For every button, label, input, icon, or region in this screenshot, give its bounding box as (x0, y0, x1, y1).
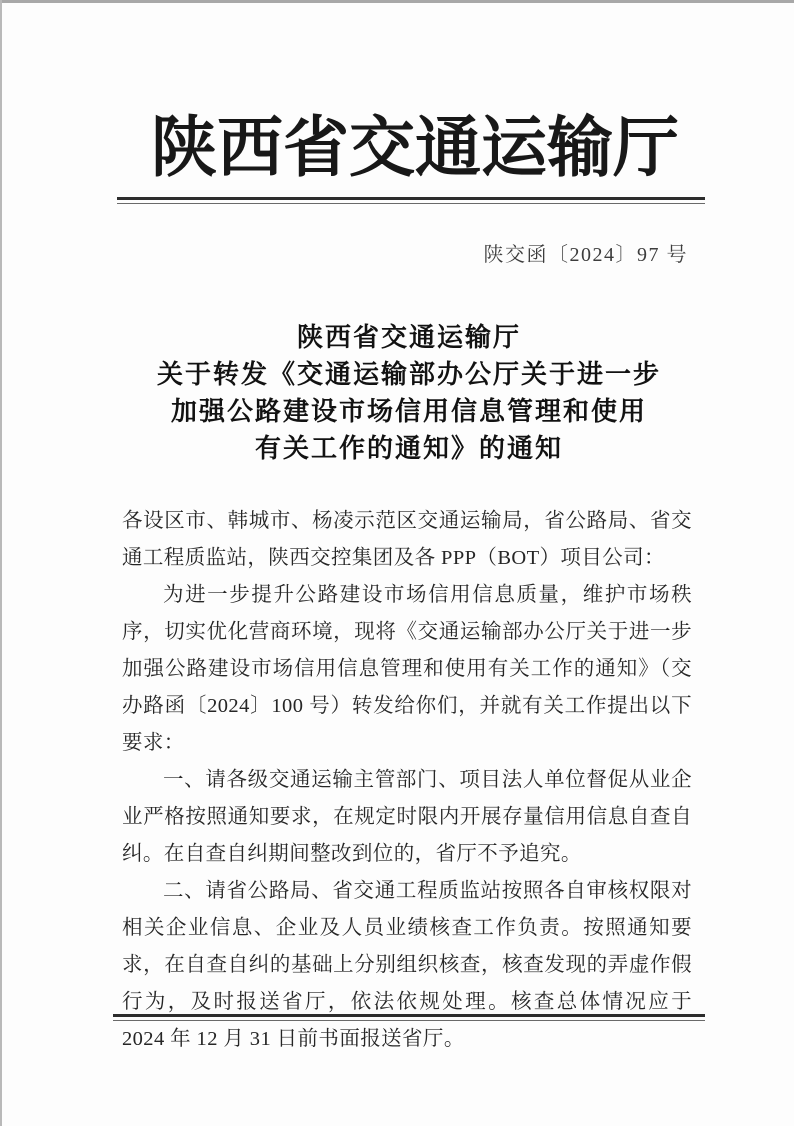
body-paragraph: 二、请省公路局、省交通工程质监站按照各自审核权限对相关企业信息、企业及人员业绩核… (122, 873, 692, 1058)
document-body: 各设区市、韩城市、杨凌示范区交通运输局，省公路局、省交通工程质监站，陕西交控集团… (122, 503, 692, 1058)
document-number: 陕交函〔2024〕97 号 (484, 238, 689, 267)
body-paragraph: 为进一步提升公路建设市场信用信息质量，维护市场秩序，切实优化营商环境，现将《交通… (122, 577, 692, 762)
header-rule (117, 197, 705, 204)
notice-title-line-4: 有关工作的通知》的通知 (12, 430, 794, 467)
footer-rule (113, 1014, 705, 1021)
scan-edge-top (0, 0, 794, 3)
agency-masthead: 陕西省交通运输厅 (18, 114, 794, 183)
notice-title-line-3: 加强公路建设市场信用信息管理和使用 (12, 393, 794, 430)
salutation-paragraph: 各设区市、韩城市、杨凌示范区交通运输局，省公路局、省交通工程质监站，陕西交控集团… (122, 503, 692, 577)
body-paragraph: 一、请各级交通运输主管部门、项目法人单位督促从业企业严格按照通知要求，在规定时限… (122, 762, 692, 873)
notice-title-line-1: 陕西省交通运输厅 (12, 319, 794, 356)
notice-title: 陕西省交通运输厅 关于转发《交通运输部办公厅关于进一步 加强公路建设市场信用信息… (12, 319, 794, 467)
scan-edge-left (0, 0, 2, 1126)
notice-title-line-2: 关于转发《交通运输部办公厅关于进一步 (12, 356, 794, 393)
